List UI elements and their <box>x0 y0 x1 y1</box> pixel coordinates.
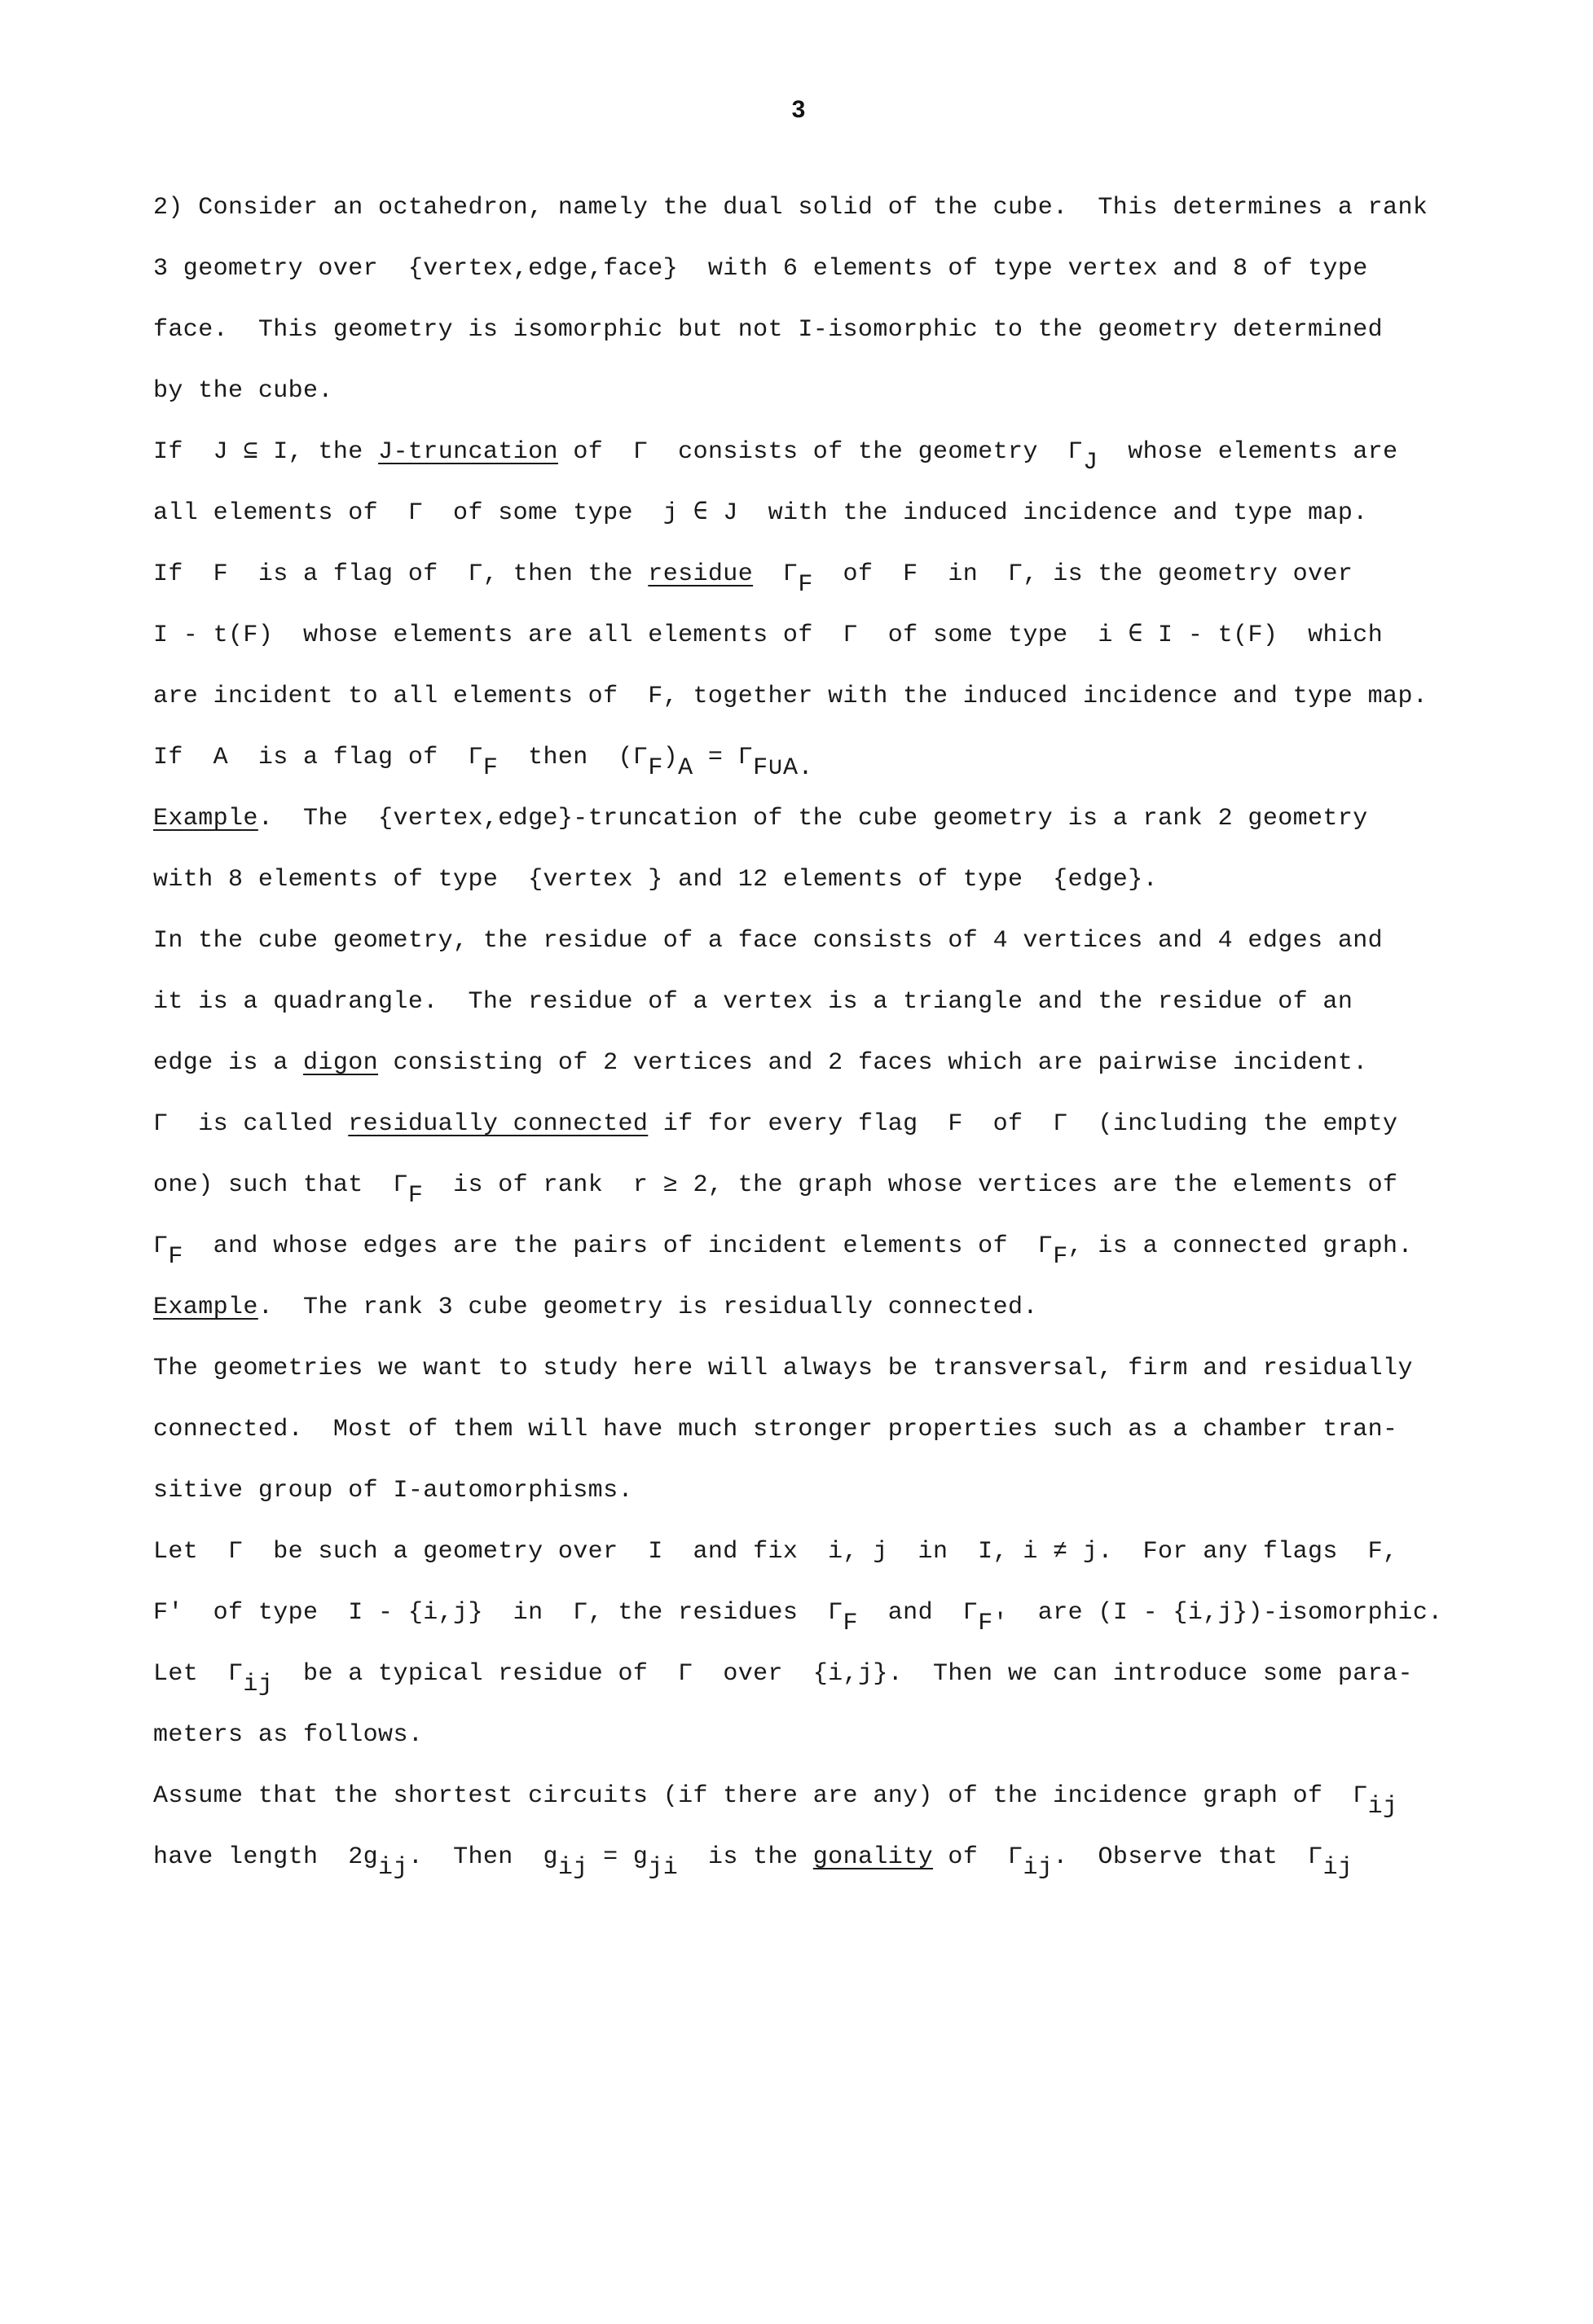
text: of Γ consists of the geometry Γ <box>558 438 1083 466</box>
text: have length 2g <box>153 1843 378 1871</box>
text-line: In the cube geometry, the residue of a f… <box>153 926 1383 956</box>
text: If A is a flag of Γ <box>153 744 483 771</box>
text: if for every flag F of Γ (including the … <box>648 1110 1397 1138</box>
subscript: F <box>1053 1243 1067 1271</box>
text-line: have length 2gij. Then gij = gji is the … <box>153 1843 1353 1872</box>
text: . The rank 3 cube geometry is residually… <box>258 1294 1038 1321</box>
text: 3 geometry over {vertex,edge,face} with … <box>153 255 1368 283</box>
text: face. This geometry is isomorphic but no… <box>153 316 1383 344</box>
text: of Γ <box>933 1843 1023 1871</box>
text: and Γ <box>858 1599 978 1627</box>
example-label: Example <box>153 1294 258 1321</box>
text: it is a quadrangle. The residue of a ver… <box>153 988 1353 1016</box>
text-line: face. This geometry is isomorphic but no… <box>153 315 1383 345</box>
text-line: by the cube. <box>153 376 333 406</box>
text-line: with 8 elements of type {vertex } and 12… <box>153 865 1158 894</box>
text-line: Example. The rank 3 cube geometry is res… <box>153 1293 1038 1322</box>
text-line: are incident to all elements of F, toget… <box>153 682 1428 711</box>
text-line: meters as follows. <box>153 1720 423 1750</box>
defined-term: digon <box>303 1049 378 1077</box>
text: Γ is called <box>153 1110 348 1138</box>
page-number: 3 <box>782 96 815 124</box>
text-line: 2) Consider an octahedron, namely the du… <box>153 193 1428 222</box>
text-line: Γ is called residually connected if for … <box>153 1109 1397 1139</box>
text: If F is a flag of Γ, then the <box>153 560 648 588</box>
text-line: Let Γij be a typical residue of Γ over {… <box>153 1659 1413 1689</box>
subscript: F <box>408 1182 423 1210</box>
subscript: F' <box>978 1610 1008 1637</box>
defined-term: residually connected <box>348 1110 648 1138</box>
subscript: ij <box>1323 1854 1353 1882</box>
text-line: connected. Most of them will have much s… <box>153 1415 1397 1444</box>
text: consisting of 2 vertices and 2 faces whi… <box>378 1049 1368 1077</box>
text: whose elements are <box>1098 438 1397 466</box>
subscript: ij <box>1023 1854 1053 1882</box>
text-line: Assume that the shortest circuits (if th… <box>153 1781 1397 1811</box>
subscript: ij <box>378 1854 408 1882</box>
subscript: ij <box>243 1671 273 1698</box>
defined-term: residue <box>648 560 753 588</box>
text-line: Example. The {vertex,edge}-truncation of… <box>153 804 1368 833</box>
text: . Then g <box>408 1843 558 1871</box>
text: ) <box>663 744 678 771</box>
text: meters as follows. <box>153 1721 423 1749</box>
text-line: it is a quadrangle. The residue of a ver… <box>153 987 1353 1017</box>
defined-term: gonality <box>813 1843 933 1871</box>
text-line: If A is a flag of ΓF then (ΓF)A = ΓF∪A. <box>153 743 813 772</box>
subscript: ji <box>648 1854 678 1882</box>
text-line: If J ⊆ I, the J-truncation of Γ consists… <box>153 437 1398 467</box>
text: Γ <box>153 1232 168 1260</box>
subscript: F∪A <box>753 754 798 782</box>
text: = Γ <box>693 744 754 771</box>
defined-term: J-truncation <box>378 438 558 466</box>
subscript: F <box>483 754 498 782</box>
subscript: ij <box>1368 1793 1398 1821</box>
text: . The {vertex,edge}-truncation of the cu… <box>258 805 1368 833</box>
text: then (Γ <box>498 744 648 771</box>
text-line: Let Γ be such a geometry over I and fix … <box>153 1537 1397 1566</box>
text: F' of type I - {i,j} in Γ, the residues … <box>153 1599 843 1627</box>
text: all elements of Γ of some type j ∈ J wit… <box>153 499 1368 527</box>
text-line: If F is a flag of Γ, then the residue ΓF… <box>153 560 1353 589</box>
text: with 8 elements of type {vertex } and 12… <box>153 866 1158 894</box>
text: Let Γ <box>153 1660 243 1688</box>
text: If J ⊆ I, the <box>153 438 378 466</box>
text-line: edge is a digon consisting of 2 vertices… <box>153 1048 1368 1078</box>
example-label: Example <box>153 805 258 833</box>
text: by the cube. <box>153 377 333 405</box>
text: = g <box>588 1843 649 1871</box>
text: The geometries we want to study here wil… <box>153 1355 1413 1382</box>
text: I - t(F) whose elements are all elements… <box>153 622 1383 649</box>
text: , is a connected graph. <box>1068 1232 1413 1260</box>
text: In the cube geometry, the residue of a f… <box>153 927 1383 955</box>
text-line: one) such that ΓF is of rank r ≥ 2, the … <box>153 1171 1397 1200</box>
text: connected. Most of them will have much s… <box>153 1416 1397 1443</box>
subscript: F <box>648 754 662 782</box>
subscript: A <box>678 754 693 782</box>
subscript: F <box>843 1610 858 1637</box>
text: Assume that the shortest circuits (if th… <box>153 1782 1368 1810</box>
text-line: The geometries we want to study here wil… <box>153 1354 1413 1383</box>
text: . Observe that Γ <box>1053 1843 1322 1871</box>
text: sitive group of I-automorphisms. <box>153 1477 633 1505</box>
subscript: F <box>168 1243 183 1271</box>
text-line: ΓF and whose edges are the pairs of inci… <box>153 1232 1413 1261</box>
text: are incident to all elements of F, toget… <box>153 683 1428 710</box>
text-line: all elements of Γ of some type j ∈ J wit… <box>153 499 1368 528</box>
text-line: I - t(F) whose elements are all elements… <box>153 621 1383 650</box>
subscript: F <box>798 571 812 599</box>
text: one) such that Γ <box>153 1171 408 1199</box>
text-line: sitive group of I-automorphisms. <box>153 1476 633 1505</box>
text: be a typical residue of Γ over {i,j}. Th… <box>273 1660 1413 1688</box>
text: of F in Γ, is the geometry over <box>813 560 1353 588</box>
text-line: 3 geometry over {vertex,edge,face} with … <box>153 254 1368 283</box>
text: Γ <box>753 560 798 588</box>
text: is the <box>678 1843 813 1871</box>
subscript: ij <box>558 1854 588 1882</box>
text: edge is a <box>153 1049 303 1077</box>
text: . <box>798 754 812 782</box>
text: Let Γ be such a geometry over I and fix … <box>153 1538 1397 1566</box>
text: 2) Consider an octahedron, namely the du… <box>153 194 1428 222</box>
text-line: F' of type I - {i,j} in Γ, the residues … <box>153 1598 1443 1628</box>
text: and whose edges are the pairs of inciden… <box>183 1232 1053 1260</box>
text: is of rank r ≥ 2, the graph whose vertic… <box>423 1171 1397 1199</box>
text: are (I - {i,j})-isomorphic. <box>1008 1599 1443 1627</box>
subscript: J <box>1083 449 1098 477</box>
